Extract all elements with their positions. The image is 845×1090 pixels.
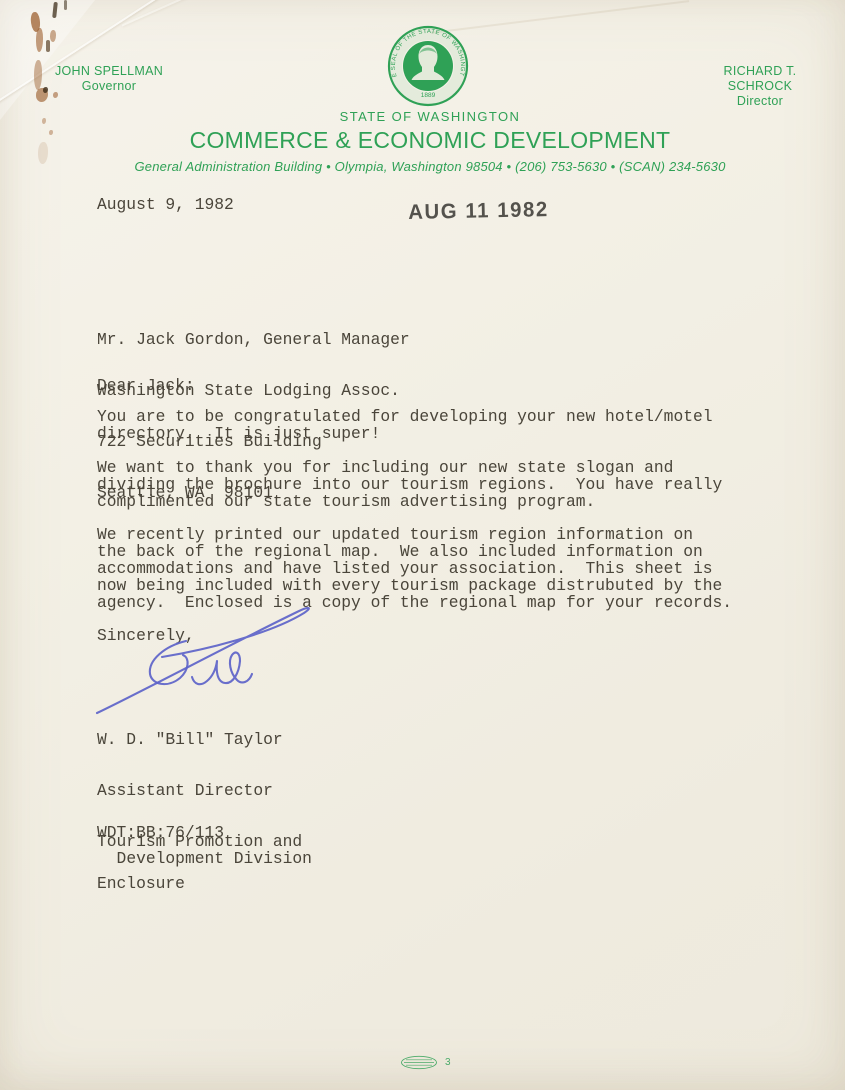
governor-title: Governor (33, 79, 185, 94)
seal-year: 1889 (421, 92, 436, 99)
director-title: Director (696, 94, 824, 109)
reference-code: WDT:BB:76/113 (97, 824, 224, 841)
director-name: RICHARD T. SCHROCK (696, 64, 824, 94)
paper-corner-fold (0, 0, 95, 120)
letter-page: JOHN SPELLMAN Governor THE SEAL OF THE S… (0, 0, 845, 1090)
enclosure-note: Enclosure (97, 875, 224, 892)
address-line: General Administration Building • Olympi… (15, 159, 845, 174)
state-line: STATE OF WASHINGTON (15, 109, 845, 124)
department-name: COMMERCE & ECONOMIC DEVELOPMENT (15, 127, 845, 154)
printers-union-bug: 3 (400, 1055, 451, 1070)
received-date-stamp: AUG 11 1982 (408, 198, 549, 225)
pen-mark (46, 40, 50, 52)
governor-block: JOHN SPELLMAN Governor (33, 64, 185, 94)
body-paragraph: We want to thank you for including our n… (97, 459, 722, 510)
governor-name: JOHN SPELLMAN (33, 64, 185, 79)
pen-mark (64, 0, 67, 10)
reference-block: WDT:BB:76/113 Enclosure (97, 790, 224, 926)
director-block: RICHARD T. SCHROCK Director (696, 64, 824, 109)
body-paragraph: You are to be congratulated for developi… (97, 408, 713, 442)
washington-state-seal-icon: THE SEAL OF THE STATE OF WASHINGTON 1889 (386, 24, 470, 108)
body-paragraph: We recently printed our updated tourism … (97, 526, 732, 611)
closing: Sincerely, (97, 627, 195, 644)
date-line: August 9, 1982 (97, 196, 234, 213)
signer-name: W. D. "Bill" Taylor (97, 731, 312, 748)
union-bug-icon (400, 1055, 438, 1070)
union-bug-number: 3 (445, 1057, 451, 1068)
recipient-line: Mr. Jack Gordon, General Manager (97, 331, 410, 348)
salutation: Dear Jack: (97, 377, 195, 394)
